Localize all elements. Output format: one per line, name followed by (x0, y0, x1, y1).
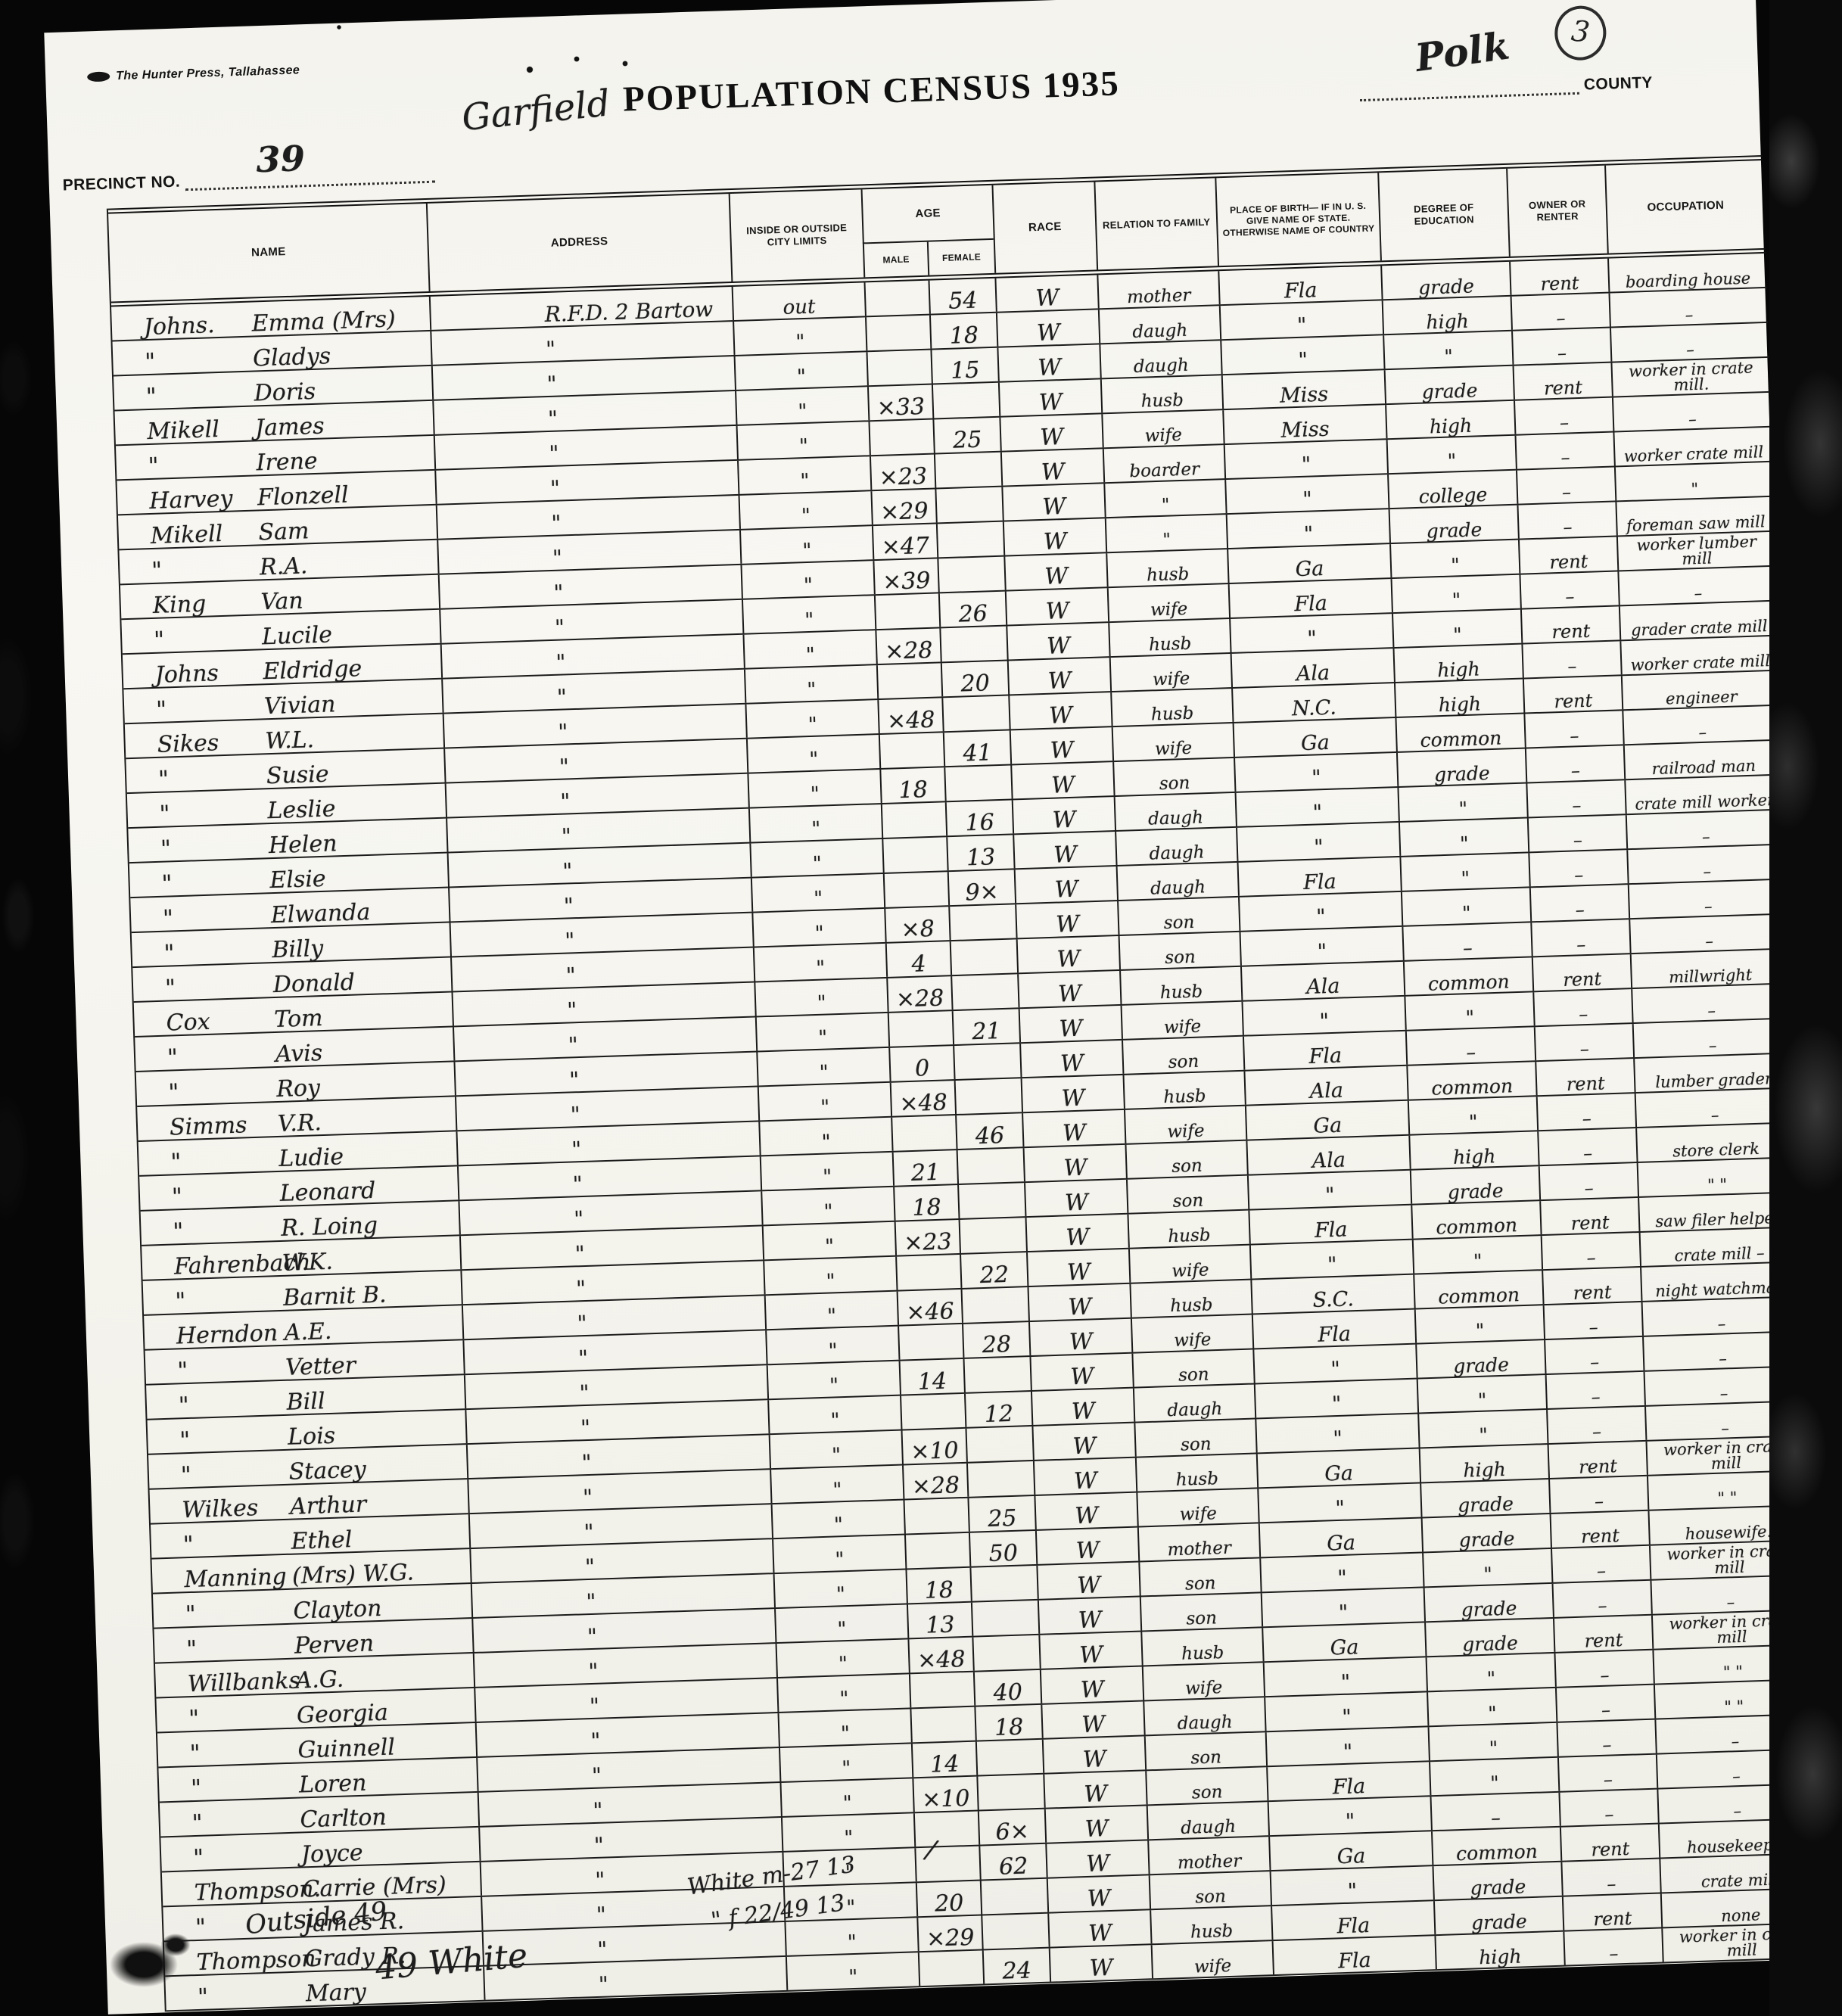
cell-relation: wife (1136, 1489, 1258, 1526)
cell-race: W (1042, 1736, 1145, 1772)
cell-given-name: Ethel (291, 1526, 469, 1553)
cell-given-name: Joyce (301, 1838, 480, 1865)
cell-surname: " (149, 1461, 290, 1487)
cell-owner: – (1546, 1407, 1645, 1443)
cell-age-female (935, 487, 1002, 523)
cell-birthplace: Fla (1272, 1936, 1436, 1974)
cell-age-male: ×48 (907, 1638, 972, 1673)
cell-education: – (1430, 1793, 1560, 1830)
cell-birthplace: " (1268, 1797, 1431, 1835)
cell-education: " (1412, 1236, 1542, 1273)
cell-birthplace: " (1239, 927, 1402, 966)
cell-given-name: Carlton (300, 1803, 478, 1831)
cell-owner: rent (1518, 537, 1617, 573)
cell-city-limits: " (773, 1570, 907, 1608)
cell-city-limits: " (774, 1604, 907, 1642)
cell-city-limits: " (767, 1361, 900, 1399)
cell-education: high (1385, 401, 1514, 438)
header-owner: OWNER OR RENTER (1506, 166, 1607, 257)
census-table: NAME ADDRESS INSIDE OR OUTSIDE CITY LIMI… (107, 155, 1821, 2011)
cell-birthplace: " (1226, 509, 1389, 548)
cell-education: high (1394, 680, 1523, 717)
cell-education: high (1434, 1932, 1564, 1969)
cell-surname: " (122, 627, 263, 652)
page-title: POPULATION CENSUS 1935 (568, 61, 1175, 122)
page-number-circled: 3 (1552, 3, 1609, 63)
cell-age-male (918, 1951, 983, 1986)
cell-race: W (1003, 518, 1106, 555)
cell-owner: – (1558, 1790, 1657, 1826)
cell-age-female: 18 (974, 1705, 1041, 1741)
cell-race: W (1007, 658, 1110, 694)
cell-age-female: 62 (979, 1844, 1046, 1880)
cell-owner: – (1523, 711, 1623, 747)
cell-owner: – (1563, 1929, 1662, 1965)
cell-city-limits: " (767, 1396, 901, 1434)
cell-surname: " (136, 1079, 277, 1105)
cell-given-name: Donald (272, 969, 451, 996)
cell-birthplace: " (1229, 614, 1392, 652)
cell-age-male (865, 316, 930, 351)
cell-education: " (1404, 992, 1533, 1029)
cell-owner: rent (1509, 259, 1608, 295)
cell-relation: husb (1108, 619, 1230, 656)
county-dotted-line: Polk (1359, 58, 1579, 101)
cell-relation: mother (1147, 1837, 1269, 1874)
cell-race: W (1033, 1458, 1136, 1495)
cell-given-name: Van (260, 586, 439, 613)
cell-education: common (1413, 1271, 1542, 1308)
cell-age-male (898, 1324, 963, 1360)
cell-relation: son (1112, 758, 1234, 795)
cell-age-male (900, 1394, 965, 1430)
cell-education: " (1386, 436, 1516, 473)
cell-given-name: Bill (286, 1386, 465, 1414)
cell-race: W (1014, 866, 1117, 903)
cell-education: " (1427, 1688, 1556, 1725)
cell-age-female: 6× (978, 1809, 1045, 1845)
cell-occupation: worker crate mill (1620, 636, 1778, 675)
cell-relation: son (1144, 1732, 1266, 1769)
cell-relation: son (1140, 1593, 1262, 1630)
cell-race: W (1017, 971, 1120, 1007)
cell-age-female (957, 1183, 1025, 1218)
cell-city-limits: " (734, 352, 867, 390)
cell-surname: Wilkes (150, 1496, 291, 1522)
cell-birthplace: Fla (1243, 1031, 1406, 1070)
cell-age-male: 4 (885, 941, 951, 977)
cell-occupation: – (1626, 845, 1785, 884)
cell-race: W (1040, 1666, 1143, 1703)
cell-education: grade (1389, 506, 1518, 543)
cell-relation: wife (1101, 410, 1223, 447)
cell-birthplace: " (1265, 1727, 1429, 1766)
cell-city-limits: " (737, 456, 870, 494)
cell-race: W (1041, 1701, 1143, 1738)
cell-birthplace: " (1254, 1380, 1417, 1418)
cell-relation: wife (1107, 584, 1229, 621)
cell-city-limits: " (754, 978, 887, 1016)
cell-city-limits: " (779, 1744, 912, 1781)
cell-city-limits: " (736, 422, 870, 459)
cell-race: W (1012, 797, 1115, 833)
cell-surname: " (157, 1705, 297, 1731)
cell-age-female: 15 (930, 348, 997, 384)
cell-age-female (951, 974, 1018, 1010)
cell-race: W (1045, 1840, 1148, 1877)
cell-education: common (1403, 957, 1532, 994)
cell-age-male (881, 802, 946, 838)
cell-surname: " (159, 1775, 300, 1800)
cell-age-male: ×10 (901, 1429, 966, 1464)
cell-given-name: V.R. (277, 1108, 456, 1135)
cell-age-male (874, 593, 939, 629)
cell-owner: – (1517, 502, 1616, 538)
cell-age-male (891, 1115, 956, 1151)
cell-relation: son (1126, 1176, 1248, 1213)
cell-education: " (1422, 1549, 1551, 1586)
cell-relation: daugh (1114, 793, 1236, 830)
cell-birthplace: Ga (1262, 1622, 1425, 1661)
cell-birthplace: Ga (1259, 1518, 1422, 1557)
header-education: DEGREE OF EDUCATION (1377, 169, 1509, 260)
cell-age-female (981, 1914, 1048, 1949)
cell-age-female (932, 383, 999, 418)
cell-age-female (971, 1601, 1038, 1636)
cell-birthplace: Ga (1233, 718, 1396, 757)
cell-relation: son (1117, 898, 1239, 935)
cell-given-name: Avis (275, 1038, 453, 1066)
cell-age-male: ×10 (912, 1777, 977, 1812)
cell-occupation: worker lumber mill (1616, 532, 1775, 571)
cell-race: W (1003, 553, 1106, 590)
cell-education: – (1402, 922, 1531, 960)
cell-race: W (1015, 901, 1118, 938)
cell-surname: " (124, 696, 265, 722)
cell-city-limits: " (744, 665, 877, 703)
cell-birthplace: " (1255, 1414, 1418, 1453)
cell-birthplace: " (1224, 440, 1387, 478)
cell-relation: daugh (1098, 306, 1220, 343)
cell-occupation: grader crate mill (1619, 602, 1778, 640)
cell-owner: – (1541, 1233, 1640, 1269)
cell-surname: " (157, 1740, 298, 1766)
cell-birthplace: " (1261, 1588, 1424, 1626)
cell-surname: " (141, 1218, 282, 1243)
cell-surname: Simms (138, 1113, 278, 1139)
cell-surname: Thompson (164, 1949, 305, 1974)
cell-age-male: ×48 (877, 698, 942, 733)
cell-relation: husb (1127, 1211, 1249, 1248)
cell-age-male (868, 420, 933, 456)
cell-owner: – (1521, 641, 1620, 677)
cell-race: W (1031, 1389, 1134, 1425)
precinct-number: 39 (256, 138, 306, 180)
cell-surname: " (160, 1809, 300, 1835)
cell-birthplace: Ga (1227, 544, 1390, 583)
press-logo-icon (87, 72, 110, 82)
cell-relation: husb (1106, 549, 1227, 586)
cell-education: common (1395, 714, 1524, 751)
cell-birthplace: Fla (1252, 1310, 1415, 1349)
precinct-dotted-line: 39 (184, 151, 434, 191)
cell-age-female: 18 (929, 313, 997, 349)
cell-race: W (1025, 1215, 1128, 1251)
cell-surname: Herndon (145, 1322, 285, 1348)
cell-age-female: 26 (938, 592, 1006, 627)
cell-surname: " (153, 1601, 294, 1626)
precinct-field: PRECINCT NO. 39 (62, 151, 435, 195)
cell-relation: husb (1140, 1628, 1262, 1665)
cell-surname: " (166, 1983, 306, 2009)
cell-surname: " (151, 1531, 291, 1557)
cell-relation: husb (1135, 1454, 1257, 1491)
cell-given-name: Doris (254, 377, 432, 404)
cell-education: grade (1380, 262, 1510, 299)
cell-owner: – (1514, 398, 1613, 434)
cell-relation: daugh (1116, 863, 1238, 900)
cell-owner: – (1525, 745, 1624, 782)
cell-city-limits: " (764, 1292, 898, 1330)
cell-surname: Harvey (117, 487, 258, 513)
cell-owner: – (1537, 1128, 1636, 1165)
cell-owner: – (1560, 1859, 1660, 1896)
cell-age-male (864, 281, 929, 316)
cell-education: " (1392, 610, 1521, 647)
cell-relation: son (1122, 1037, 1243, 1074)
cell-age-male (882, 837, 947, 873)
cell-age-male: ×28 (886, 976, 951, 1012)
cell-surname: " (147, 1392, 288, 1417)
cell-birthplace: " (1234, 753, 1397, 792)
cell-age-female (937, 557, 1004, 593)
cell-education: grade (1424, 1584, 1553, 1621)
cell-relation: husb (1129, 1280, 1251, 1318)
cell-education: " (1391, 575, 1520, 612)
cell-relation: husb (1100, 375, 1222, 412)
cell-age-male (904, 1533, 969, 1569)
cell-given-name: Susie (266, 760, 445, 787)
cell-given-name: Tom (274, 1003, 453, 1031)
cell-relation: son (1149, 1871, 1271, 1909)
cell-city-limits: " (769, 1431, 902, 1469)
cell-surname: " (161, 1844, 302, 1870)
cell-age-female: 13 (946, 835, 1013, 870)
cell-age-female: 28 (962, 1322, 1029, 1358)
cell-age-male: ×28 (902, 1464, 967, 1499)
cell-occupation: – (1626, 810, 1784, 849)
cell-age-male: ×48 (890, 1081, 955, 1116)
cell-education: " (1389, 540, 1519, 577)
cell-relation: son (1134, 1419, 1255, 1456)
cell-race: W (1035, 1528, 1138, 1564)
cell-education: common (1411, 1201, 1540, 1238)
cell-age-male: 20 (916, 1881, 981, 1917)
cell-owner: – (1528, 850, 1627, 886)
cell-owner: – (1515, 433, 1614, 469)
cell-occupation: crate mill worker (1624, 776, 1783, 814)
cell-birthplace: " (1219, 300, 1383, 339)
cell-owner: – (1516, 468, 1615, 504)
cell-city-limits: " (739, 526, 873, 564)
cell-race: W (1036, 1563, 1139, 1599)
cell-city-limits: " (753, 944, 886, 982)
cell-relation: son (1138, 1558, 1260, 1595)
cell-age-female (969, 1566, 1037, 1601)
cell-surname: " (114, 383, 254, 409)
cell-age-male: 18 (905, 1568, 970, 1604)
cell-city-limits: " (776, 1639, 909, 1677)
cell-occupation: – (1610, 323, 1769, 362)
cell-given-name: Elwanda (270, 899, 449, 926)
cell-race: W (1010, 762, 1113, 798)
cell-birthplace: Ala (1246, 1136, 1409, 1174)
cell-city-limits: " (776, 1674, 910, 1712)
cell-relation: husb (1150, 1906, 1271, 1943)
cell-given-name: (Mrs) W.G. (292, 1560, 471, 1588)
cell-owner: – (1511, 328, 1610, 365)
cell-age-female (966, 1461, 1034, 1497)
cell-education: grade (1410, 1166, 1539, 1203)
cell-age-female (953, 1044, 1020, 1079)
cell-race: W (999, 414, 1102, 450)
cell-race: W (1038, 1632, 1141, 1669)
cell-race: W (1006, 623, 1109, 659)
cell-owner: – (1526, 780, 1625, 817)
cell-age-female: 16 (945, 800, 1013, 835)
cell-surname: Sikes (125, 731, 266, 757)
cell-given-name: Sam (258, 516, 437, 543)
cell-surname: " (129, 835, 269, 861)
precinct-label: PRECINCT NO. (62, 173, 180, 194)
cell-race: W (1047, 1875, 1150, 1912)
cell-education: high (1419, 1445, 1548, 1482)
cell-surname: " (113, 348, 254, 374)
cell-city-limits: " (751, 909, 885, 947)
cell-city-limits: " (762, 1222, 895, 1260)
cell-birthplace: " (1247, 1171, 1411, 1209)
cell-race: W (1027, 1284, 1130, 1321)
cell-race: W (1043, 1771, 1146, 1807)
cell-age-male (909, 1672, 974, 1708)
cell-occupation: boarding house (1607, 254, 1766, 292)
cell-relation: wife (1142, 1663, 1264, 1700)
cell-birthplace: " (1252, 1345, 1416, 1383)
cell-race: W (1024, 1180, 1127, 1216)
cell-occupation: engineer (1621, 671, 1780, 710)
cell-city-limits: " (745, 700, 878, 738)
cell-owner: rent (1535, 1059, 1634, 1095)
cell-age-female: 20 (941, 661, 1008, 697)
cell-surname: " (138, 1148, 279, 1174)
cell-race: W (1026, 1249, 1129, 1286)
cell-city-limits: " (739, 491, 872, 529)
cell-age-female (976, 1775, 1044, 1810)
press-line: The Hunter Press, Tallahassee (116, 64, 300, 82)
cell-relation: daugh (1099, 341, 1221, 378)
cell-surname: Fahrenbach (142, 1252, 283, 1278)
cell-surname: " (154, 1635, 295, 1661)
cell-education: grade (1420, 1479, 1549, 1517)
cell-race: W (1023, 1145, 1126, 1181)
cell-city-limits: " (749, 839, 882, 877)
cell-relation: wife (1112, 723, 1234, 761)
cell-surname: " (127, 801, 268, 826)
cell-age-female (975, 1740, 1043, 1775)
cell-owner: – (1543, 1302, 1642, 1339)
cell-age-male: ×29 (916, 1916, 982, 1952)
cell-owner: rent (1560, 1825, 1659, 1861)
cell-education: grade (1424, 1619, 1554, 1656)
cell-age-female (972, 1635, 1039, 1671)
cell-age-male (883, 872, 948, 907)
cell-surname: " (145, 1357, 286, 1383)
cell-birthplace: " (1238, 892, 1402, 931)
cell-given-name: Billy (272, 934, 450, 961)
cell-education: common (1431, 1828, 1560, 1865)
cell-birthplace: Ga (1268, 1831, 1432, 1870)
cell-race: W (997, 344, 1100, 381)
cell-relation: son (1125, 1141, 1246, 1178)
cell-occupation: millwright (1630, 949, 1789, 988)
cell-surname: " (116, 453, 257, 478)
cell-owner: – (1555, 1685, 1654, 1722)
cell-city-limits: " (786, 1952, 919, 1990)
cell-race: W (996, 310, 1099, 346)
cell-education: high (1393, 645, 1523, 682)
cell-age-female (957, 1148, 1024, 1184)
cell-age-male: ×23 (895, 1220, 960, 1255)
cell-city-limits: " (772, 1535, 905, 1573)
cell-owner: – (1532, 989, 1632, 1025)
cell-education: " (1383, 331, 1512, 369)
cell-given-name: Lucile (262, 621, 440, 648)
cell-relation: wife (1121, 1002, 1243, 1039)
cell-age-male: 13 (907, 1603, 972, 1638)
cell-race: W (1028, 1319, 1131, 1355)
cell-age-male (876, 663, 941, 698)
cell-age-male (879, 733, 944, 768)
county-label: COUNTY (1583, 74, 1653, 94)
cell-given-name: A.G. (295, 1665, 474, 1692)
cell-owner: rent (1520, 606, 1620, 642)
cell-age-female (939, 627, 1007, 662)
cell-age-female: 50 (969, 1531, 1036, 1566)
cell-given-name: Guinnell (297, 1734, 476, 1761)
cell-occupation: – (1612, 393, 1771, 431)
cell-given-name: Carrie (Mrs) (302, 1873, 481, 1900)
cell-birthplace: Fla (1237, 857, 1401, 896)
table-body: Johns. Emma (Mrs) R.F.D. 2 Bartow out 54… (111, 254, 1821, 2011)
cell-relation: " (1103, 480, 1225, 517)
cell-relation: son (1131, 1350, 1253, 1387)
cell-education: " (1429, 1758, 1558, 1795)
cell-given-name: Lois (288, 1421, 466, 1448)
cell-age-female: 25 (967, 1496, 1035, 1532)
cell-city-limits: " (746, 735, 879, 773)
header-age: AGE (861, 185, 994, 244)
cell-surname: Cox (134, 1010, 275, 1035)
cell-owner: – (1548, 1476, 1648, 1513)
cell-surname: Thompson. (162, 1879, 303, 1905)
cell-race: W (998, 379, 1101, 415)
header-relation: RELATION TO FAMILY (1094, 178, 1218, 269)
cell-surname: Mikell (118, 522, 259, 548)
header-race: RACE (991, 182, 1097, 273)
cell-owner: – (1511, 294, 1610, 330)
paper-page: The Hunter Press, Tallahassee POPULATION… (44, 0, 1819, 2014)
cell-education: " (1397, 784, 1526, 821)
